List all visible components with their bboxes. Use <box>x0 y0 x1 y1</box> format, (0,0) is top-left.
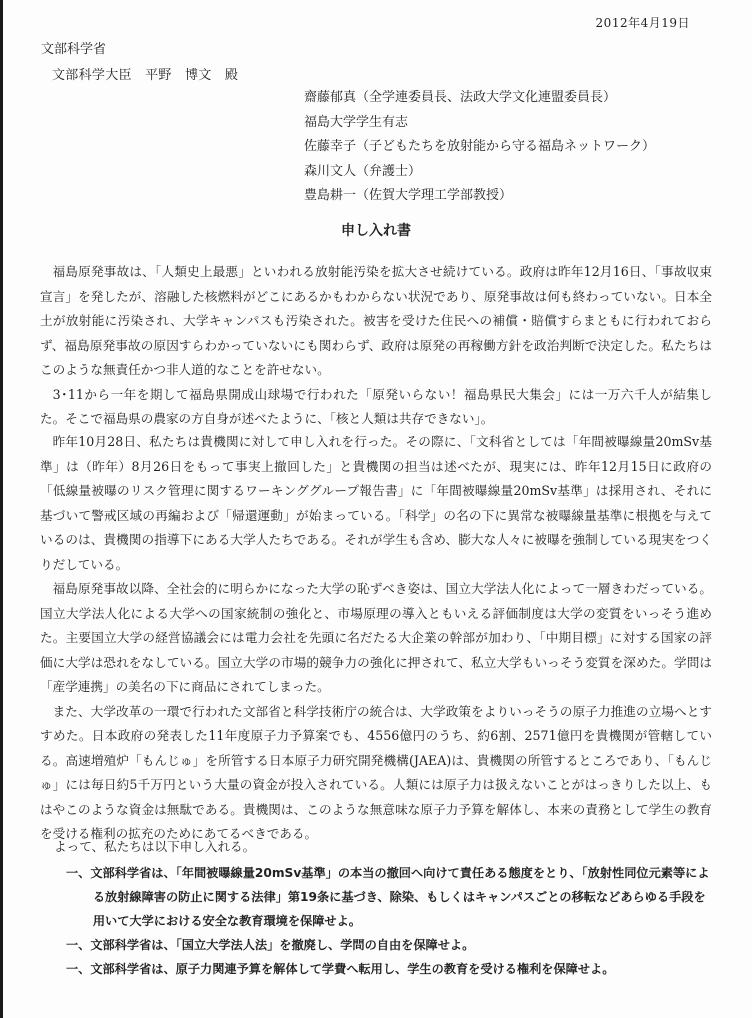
sender: 森川文人（弁護士） <box>304 160 655 185</box>
paragraph: 3･11から一年を期して福島県開成山球場で行われた「原発いらない！福島県民大集会… <box>40 383 712 432</box>
scan-edge <box>0 0 3 1018</box>
sender: 豊島耕一（佐賀大学理工学部教授） <box>304 184 655 209</box>
body-section-1: 福島原発事故は、「人類史上最悪」といわれる放射能汚染を拡大させ続けている。政府は… <box>40 260 712 432</box>
demand-item: 一、文部科学省は、「国立大学法人法」を撤廃し、学問の自由を保障せよ。 <box>66 933 716 957</box>
recipient-organization: 文部科学省 <box>41 38 106 57</box>
demand-item: 一、文部科学省は、原子力関連予算を解体して学費へ転用し、学生の教育を受ける権利を… <box>66 957 716 981</box>
sender: 佐藤幸子（子どもたちを放射能から守る福島ネットワーク） <box>304 135 655 160</box>
demands-list: 一、文部科学省は、「年間被曝線量20mSv基準」の本当の撤回へ向けて責任ある態度… <box>66 861 716 981</box>
senders-list: 齋藤郁真（全学連委員長、法政大学文化連盟委員長） 福島大学学生有志 佐藤幸子（子… <box>304 86 655 209</box>
demand-item: 一、文部科学省は、「年間被曝線量20mSv基準」の本当の撤回へ向けて責任ある態度… <box>66 861 716 933</box>
body-section-2: 昨年10月28日、私たちは貴機関に対して申し入れを行った。その際に、「文科省とし… <box>40 430 712 847</box>
paragraph: 福島原発事故以降、全社会的に明らかになった大学の恥ずべき姿は、国立大学法人化によ… <box>40 577 712 700</box>
recipient-person: 文部科学大臣 平野 博文 殿 <box>52 64 238 83</box>
conclusion-line: よって、私たちは以下申し入れる。 <box>54 836 255 855</box>
paragraph: 昨年10月28日、私たちは貴機関に対して申し入れを行った。その際に、「文科省とし… <box>40 430 712 577</box>
sender: 福島大学学生有志 <box>304 111 655 136</box>
paragraph: 福島原発事故は、「人類史上最悪」といわれる放射能汚染を拡大させ続けている。政府は… <box>40 260 712 383</box>
sender: 齋藤郁真（全学連委員長、法政大学文化連盟委員長） <box>304 86 655 111</box>
paragraph: また、大学改革の一環で行われた文部省と科学技術庁の統合は、大学政策をよりいっそう… <box>40 700 712 847</box>
document-title: 申し入れ書 <box>0 220 752 240</box>
document-date: 2012年4月19日 <box>596 14 690 31</box>
